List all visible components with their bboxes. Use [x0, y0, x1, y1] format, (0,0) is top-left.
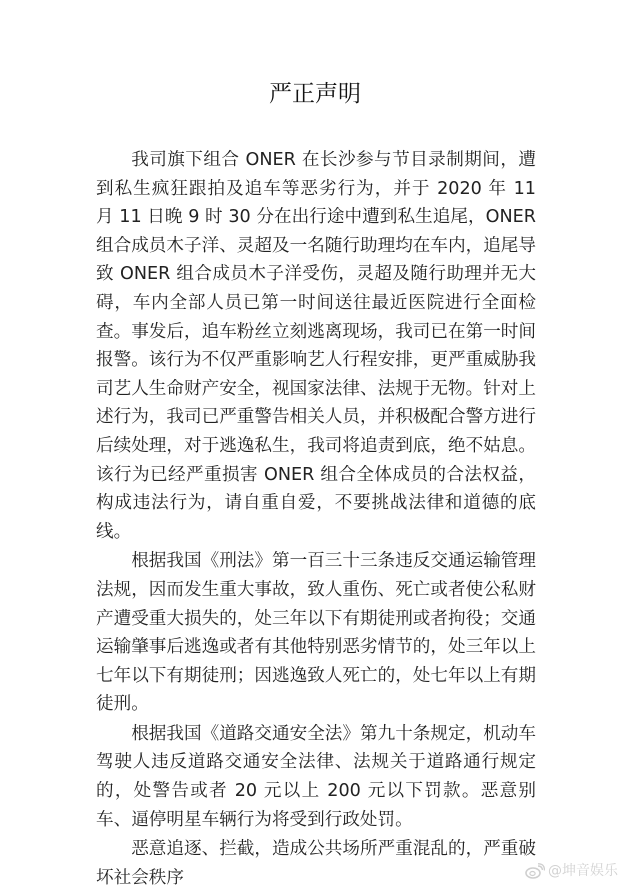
- watermark-text: @坤音娱乐: [548, 862, 618, 880]
- weibo-watermark: @坤音娱乐: [525, 862, 618, 880]
- weibo-icon: [525, 863, 545, 879]
- paragraph-public-order: 恶意追逐、拦截，造成公共场所严重混乱的，严重破坏社会秩序: [96, 835, 536, 891]
- paragraph-incident: 我司旗下组合 ONER 在长沙参与节目录制期间，遭到私生疯狂跟拍及追车等恶劣行为…: [96, 146, 536, 546]
- paragraph-traffic-law: 根据我国《道路交通安全法》第九十条规定，机动车驾驶人违反道路交通安全法律、法规关…: [96, 720, 536, 834]
- paragraph-criminal-law: 根据我国《刑法》第一百三十三条违反交通运输管理法规，因而发生重大事故，致人重伤、…: [96, 547, 536, 719]
- statement-body: 我司旗下组合 ONER 在长沙参与节目录制期间，遭到私生疯狂跟拍及追车等恶劣行为…: [96, 146, 536, 891]
- document-title: 严正声明: [0, 79, 630, 109]
